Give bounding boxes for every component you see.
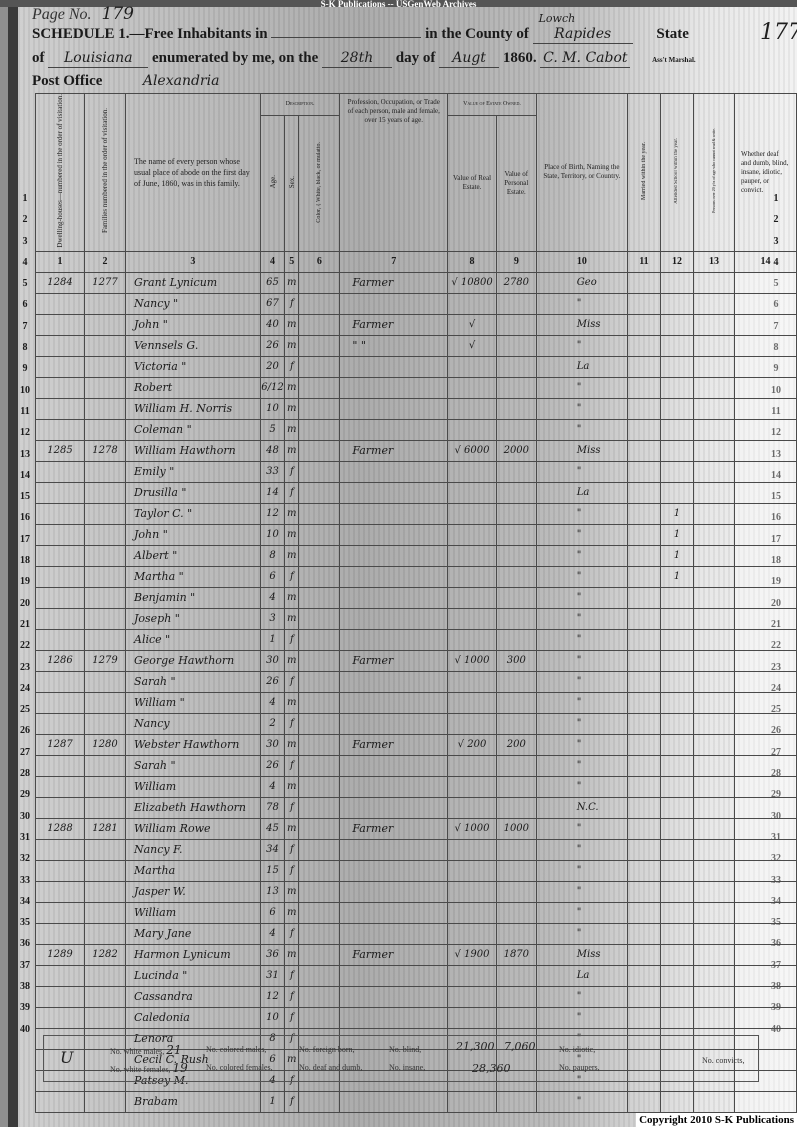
birthplace-cell: " [536, 671, 627, 692]
day-fill: 28th [322, 50, 392, 68]
person-name-cell: Cassandra [126, 986, 261, 1007]
married-cell [627, 608, 660, 629]
attended-school-cell [660, 293, 693, 314]
age-cell: 4 [260, 776, 284, 797]
disability-cell [734, 776, 796, 797]
person-name-cell: Sarah " [126, 671, 261, 692]
sex-cell: m [285, 587, 299, 608]
family-number-cell [85, 839, 126, 860]
family-number-cell [85, 419, 126, 440]
disability-cell [734, 713, 796, 734]
birthplace-cell: Miss [536, 314, 627, 335]
column-number-row: 1234567891011121314 [36, 251, 797, 272]
illiterate-cell [693, 1007, 734, 1028]
sex-cell: f [285, 1091, 299, 1112]
line-number: 31 [14, 827, 36, 848]
dwelling-number-cell [36, 335, 85, 356]
color-cell [299, 776, 340, 797]
birthplace-cell: " [536, 377, 627, 398]
occupation-cell: Farmer [340, 440, 448, 461]
married-cell [627, 902, 660, 923]
census-row: 12891282Harmon Lynicum36mFarmer√ 1900187… [36, 944, 797, 965]
attended-school-cell [660, 1091, 693, 1112]
illiterate-cell [693, 881, 734, 902]
color-cell [299, 1091, 340, 1112]
census-row: Alice "1f" [36, 629, 797, 650]
disability-cell [734, 734, 796, 755]
post-office-line: Post Office Alexandria [32, 73, 256, 90]
person-name-cell: Taylor C. " [126, 503, 261, 524]
attended-school-cell [660, 902, 693, 923]
family-number-cell [85, 503, 126, 524]
birthplace-cell: La [536, 356, 627, 377]
dwelling-number-cell [36, 566, 85, 587]
color-cell [299, 440, 340, 461]
birthplace-cell: " [536, 923, 627, 944]
attended-school-cell [660, 440, 693, 461]
occupation-cell [340, 608, 448, 629]
age-cell: 31 [260, 965, 284, 986]
color-cell [299, 293, 340, 314]
dwelling-number-cell [36, 545, 85, 566]
personal-estate-value-cell [496, 692, 536, 713]
color-cell [299, 503, 340, 524]
line-number: 14 [14, 465, 36, 486]
person-name-cell: George Hawthorn [126, 650, 261, 671]
line-number: 26 [14, 720, 36, 741]
real-estate-value-cell: √ 6000 [448, 440, 497, 461]
color-cell [299, 566, 340, 587]
personal-estate-value-cell [496, 629, 536, 650]
married-cell [627, 335, 660, 356]
family-number-cell [85, 923, 126, 944]
person-name-cell: Nancy F. [126, 839, 261, 860]
age-cell: 36 [260, 944, 284, 965]
attended-school-cell: 1 [660, 524, 693, 545]
illiterate-cell [693, 461, 734, 482]
month-value: Augt [452, 50, 486, 66]
line-number: 33 [14, 870, 36, 891]
real-estate-value-cell: √ 200 [448, 734, 497, 755]
column-number: 6 [299, 251, 340, 272]
attended-school-cell [660, 482, 693, 503]
real-estate-value-cell [448, 503, 497, 524]
marshal-name: C. M. Cabot [543, 50, 627, 66]
dwelling-number-cell [36, 1007, 85, 1028]
disability-cell [734, 881, 796, 902]
illiterate-cell [693, 272, 734, 293]
birthplace-cell: " [536, 503, 627, 524]
sex-cell: f [285, 965, 299, 986]
real-estate-value-cell [448, 524, 497, 545]
column-number: 4 [260, 251, 284, 272]
married-cell [627, 587, 660, 608]
family-number-cell [85, 293, 126, 314]
person-name-cell: Joseph " [126, 608, 261, 629]
col-color-header: Color, { White, black, or mulatto. [299, 116, 340, 251]
person-name-cell: William Hawthorn [126, 440, 261, 461]
illiterate-cell [693, 587, 734, 608]
col-age-header: Age. [260, 116, 284, 251]
occupation-cell [340, 629, 448, 650]
real-estate-value-cell [448, 902, 497, 923]
census-row: 12881281William Rowe45mFarmer√ 10001000" [36, 818, 797, 839]
real-estate-value-cell [448, 545, 497, 566]
enumerated-label: enumerated by me, on the [152, 50, 318, 66]
sex-cell: f [285, 1007, 299, 1028]
footer-mark: U [60, 1048, 73, 1067]
person-name-cell: Benjamin " [126, 587, 261, 608]
line-number: 5 [14, 273, 36, 294]
color-cell [299, 902, 340, 923]
occupation-cell [340, 881, 448, 902]
line-number: 39 [14, 997, 36, 1018]
occupation-cell: Farmer [340, 734, 448, 755]
line-number: 34 [14, 891, 36, 912]
line-number: 8 [14, 337, 36, 358]
illiterate-cell [693, 377, 734, 398]
column-number: 2 [85, 251, 126, 272]
person-name-cell: Lucinda " [126, 965, 261, 986]
attended-school-cell [660, 839, 693, 860]
married-cell [627, 755, 660, 776]
family-number-cell: 1281 [85, 818, 126, 839]
line-number: 1 [14, 188, 36, 209]
married-cell [627, 1091, 660, 1112]
line-number: 40 [14, 1019, 36, 1040]
census-row: William4m" [36, 776, 797, 797]
disability-cell [734, 692, 796, 713]
census-table: Dwelling-houses—numbered in the order of… [35, 93, 797, 1113]
dwelling-number-cell [36, 293, 85, 314]
real-estate-value-cell [448, 356, 497, 377]
col-name-header: The name of every person whose usual pla… [126, 94, 261, 252]
col-disability-header: Whether deaf and dumb, blind, insane, id… [734, 94, 796, 252]
illiterate-cell [693, 503, 734, 524]
disability-cell [734, 1091, 796, 1112]
personal-estate-value-cell [496, 881, 536, 902]
color-cell [299, 965, 340, 986]
occupation-cell [340, 461, 448, 482]
personal-estate-value-cell [496, 755, 536, 776]
color-cell [299, 944, 340, 965]
occupation-cell [340, 545, 448, 566]
color-cell [299, 377, 340, 398]
state-label: State [656, 26, 689, 42]
color-cell [299, 356, 340, 377]
attended-school-cell [660, 986, 693, 1007]
personal-estate-value-cell [496, 797, 536, 818]
attended-school-cell [660, 881, 693, 902]
married-cell [627, 314, 660, 335]
of-label: of [32, 50, 45, 66]
line-number: 24 [14, 678, 36, 699]
personal-estate-value-cell [496, 419, 536, 440]
birthplace-cell: " [536, 1007, 627, 1028]
color-cell [299, 419, 340, 440]
occupation-cell: Farmer [340, 272, 448, 293]
personal-estate-value-cell [496, 902, 536, 923]
real-estate-value-cell [448, 377, 497, 398]
real-estate-value-cell: √ [448, 335, 497, 356]
birthplace-cell: Miss [536, 944, 627, 965]
attended-school-cell [660, 671, 693, 692]
birthplace-cell: " [536, 881, 627, 902]
real-estate-value-cell [448, 713, 497, 734]
sex-cell: m [285, 608, 299, 629]
dwelling-number-cell [36, 398, 85, 419]
birthplace-cell: " [536, 650, 627, 671]
person-name-cell: John " [126, 524, 261, 545]
person-name-cell: William [126, 902, 261, 923]
family-number-cell [85, 377, 126, 398]
married-cell [627, 776, 660, 797]
married-cell [627, 377, 660, 398]
col-married-header: Married within the year. [627, 94, 660, 252]
census-row: 12861279George Hawthorn30mFarmer√ 100030… [36, 650, 797, 671]
real-estate-value-cell: √ 1000 [448, 818, 497, 839]
sex-cell: f [285, 356, 299, 377]
sex-cell: m [285, 272, 299, 293]
personal-estate-value-cell [496, 986, 536, 1007]
age-cell: 15 [260, 860, 284, 881]
disability-cell [734, 398, 796, 419]
real-estate-value-cell [448, 986, 497, 1007]
real-estate-total: 21,300 [456, 1040, 495, 1053]
marshal-fill: C. M. Cabot [540, 50, 630, 68]
occupation-cell [340, 755, 448, 776]
person-name-cell: Coleman " [126, 419, 261, 440]
color-cell [299, 839, 340, 860]
column-number: 9 [496, 251, 536, 272]
dwelling-number-cell [36, 713, 85, 734]
disability-cell [734, 524, 796, 545]
personal-estate-value-cell [496, 398, 536, 419]
occupation-cell [340, 356, 448, 377]
married-cell [627, 356, 660, 377]
person-name-cell: Elizabeth Hawthorn [126, 797, 261, 818]
age-cell: 26 [260, 755, 284, 776]
personal-estate-value-cell [496, 1091, 536, 1112]
dwelling-number-cell: 1289 [36, 944, 85, 965]
disability-cell [734, 650, 796, 671]
line-number: 13 [14, 444, 36, 465]
line-number: 29 [14, 784, 36, 805]
census-row: William "4m" [36, 692, 797, 713]
married-cell [627, 713, 660, 734]
convicts-label: No. convicts, [702, 1056, 744, 1065]
person-name-cell: John " [126, 314, 261, 335]
census-row: Martha15f" [36, 860, 797, 881]
age-cell: 6 [260, 902, 284, 923]
sex-cell: f [285, 713, 299, 734]
disability-cell [734, 755, 796, 776]
deaf-dumb-label: No. deaf and dumb, [299, 1063, 362, 1072]
disability-cell [734, 965, 796, 986]
personal-estate-value-cell [496, 461, 536, 482]
occupation-cell [340, 293, 448, 314]
color-cell [299, 713, 340, 734]
occupation-cell [340, 482, 448, 503]
census-row: Coleman "5m" [36, 419, 797, 440]
column-number: 13 [693, 251, 734, 272]
attended-school-cell [660, 461, 693, 482]
disability-cell [734, 377, 796, 398]
married-cell [627, 818, 660, 839]
census-row: John "40mFarmer√Miss [36, 314, 797, 335]
birthplace-cell: " [536, 629, 627, 650]
real-estate-value-cell [448, 461, 497, 482]
real-estate-value-cell [448, 587, 497, 608]
family-number-cell [85, 797, 126, 818]
illiterate-cell [693, 965, 734, 986]
corner-number: 177 [760, 20, 797, 45]
col-personal-estate-header: Value of Personal Estate. [496, 116, 536, 251]
family-number-cell: 1282 [85, 944, 126, 965]
disability-cell [734, 608, 796, 629]
occupation-cell [340, 566, 448, 587]
family-number-cell [85, 398, 126, 419]
age-cell: 65 [260, 272, 284, 293]
person-name-cell: Grant Lynicum [126, 272, 261, 293]
census-row: William H. Norris10m" [36, 398, 797, 419]
illiterate-cell [693, 776, 734, 797]
sex-cell: f [285, 482, 299, 503]
sex-cell: m [285, 944, 299, 965]
occupation-cell [340, 776, 448, 797]
family-number-cell: 1278 [85, 440, 126, 461]
attended-school-cell [660, 335, 693, 356]
illiterate-cell [693, 902, 734, 923]
colored-males-label: No. colored males, [206, 1045, 266, 1054]
person-name-cell: Caledonia [126, 1007, 261, 1028]
person-name-cell: William " [126, 692, 261, 713]
dwelling-number-cell [36, 1091, 85, 1112]
color-cell [299, 482, 340, 503]
birthplace-cell: " [536, 839, 627, 860]
line-number: 10 [14, 380, 36, 401]
illiterate-cell [693, 944, 734, 965]
color-cell [299, 461, 340, 482]
person-name-cell: William Rowe [126, 818, 261, 839]
real-estate-value-cell [448, 923, 497, 944]
family-number-cell [85, 545, 126, 566]
married-cell [627, 734, 660, 755]
married-cell [627, 440, 660, 461]
census-row: 12841277Grant Lynicum65mFarmer√ 10800278… [36, 272, 797, 293]
col-sex-header: Sex. [285, 116, 299, 251]
attended-school-cell [660, 1007, 693, 1028]
county-value: Rapides [554, 26, 611, 42]
attended-school-cell [660, 587, 693, 608]
dwelling-number-cell [36, 860, 85, 881]
disability-cell [734, 902, 796, 923]
family-number-cell: 1277 [85, 272, 126, 293]
census-row: Brabam1f" [36, 1091, 797, 1112]
sex-cell: f [285, 671, 299, 692]
column-number: 11 [627, 251, 660, 272]
line-number: 28 [14, 763, 36, 784]
family-number-cell [85, 461, 126, 482]
married-cell [627, 503, 660, 524]
col-birthplace-header: Place of Birth, Naming the State, Territ… [536, 94, 627, 252]
summary-footer: U No. white males, 21 No. white females,… [43, 1035, 759, 1082]
birthplace-cell: " [536, 587, 627, 608]
year-label: 1860. [503, 50, 537, 66]
married-cell [627, 986, 660, 1007]
real-estate-value-cell [448, 881, 497, 902]
illiterate-cell [693, 608, 734, 629]
disability-cell [734, 944, 796, 965]
line-number: 22 [14, 635, 36, 656]
occupation-cell [340, 923, 448, 944]
real-estate-value-cell [448, 419, 497, 440]
column-number: 5 [285, 251, 299, 272]
personal-estate-value-cell [496, 671, 536, 692]
occupation-cell: Farmer [340, 650, 448, 671]
line-number: 2 [14, 209, 36, 230]
married-cell [627, 293, 660, 314]
married-cell [627, 272, 660, 293]
line-number: 9 [14, 358, 36, 379]
disability-cell [734, 335, 796, 356]
color-cell [299, 797, 340, 818]
sex-cell: m [285, 524, 299, 545]
attended-school-cell: 1 [660, 566, 693, 587]
column-number: 12 [660, 251, 693, 272]
illiterate-cell [693, 818, 734, 839]
birthplace-cell: La [536, 965, 627, 986]
illiterate-cell [693, 860, 734, 881]
age-cell: 45 [260, 818, 284, 839]
dwelling-number-cell [36, 923, 85, 944]
dwelling-number-cell [36, 461, 85, 482]
line-number: 16 [14, 507, 36, 528]
line-number: 6 [14, 294, 36, 315]
personal-estate-value-cell [496, 482, 536, 503]
dwelling-number-cell: 1286 [36, 650, 85, 671]
illiterate-cell [693, 629, 734, 650]
personal-estate-value-cell [496, 860, 536, 881]
line-number: 17 [14, 529, 36, 550]
real-estate-value-cell: √ [448, 314, 497, 335]
sex-cell: m [285, 419, 299, 440]
disability-cell [734, 356, 796, 377]
color-cell [299, 986, 340, 1007]
occupation-cell [340, 1091, 448, 1112]
real-estate-value-cell: √ 1000 [448, 650, 497, 671]
page-number: Page No. 179 [32, 4, 134, 24]
personal-estate-value-cell [496, 545, 536, 566]
family-number-cell [85, 314, 126, 335]
color-cell [299, 692, 340, 713]
attended-school-cell: 1 [660, 503, 693, 524]
white-females: No. white females, 19 [110, 1061, 188, 1075]
marshal-label: Ass't Marshal. [652, 56, 696, 64]
married-cell [627, 419, 660, 440]
illiterate-cell [693, 734, 734, 755]
color-cell [299, 629, 340, 650]
color-cell [299, 608, 340, 629]
census-row: John "10m"1 [36, 524, 797, 545]
illiterate-cell [693, 335, 734, 356]
married-cell [627, 1007, 660, 1028]
illiterate-cell [693, 398, 734, 419]
line-number: 7 [14, 316, 36, 337]
attended-school-cell [660, 398, 693, 419]
personal-estate-value-cell: 300 [496, 650, 536, 671]
age-cell: 1 [260, 629, 284, 650]
